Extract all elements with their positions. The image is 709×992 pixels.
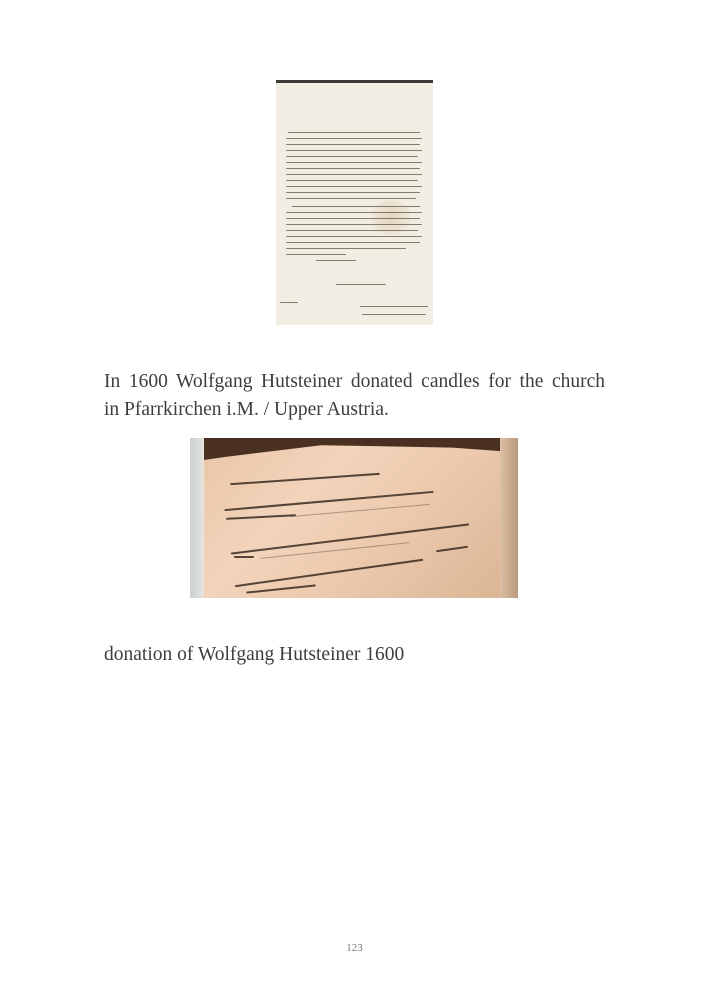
page-edges: [500, 438, 518, 598]
caption-candle-donation: In 1600 Wolfgang Hutsteiner donated cand…: [104, 368, 605, 424]
handwritten-letter-photo: [276, 80, 433, 325]
adjacent-page: [190, 438, 204, 598]
caption-donation-record: donation of Wolfgang Hutsteiner 1600: [104, 641, 404, 669]
photo-background: [190, 438, 518, 462]
caption-line-1: In 1600 Wolfgang Hutsteiner donated cand…: [104, 368, 605, 396]
page-number: 123: [0, 942, 709, 954]
church-ledger-photo: [190, 438, 518, 598]
caption-line-2: in Pfarrkirchen i.M. / Upper Austria.: [104, 399, 389, 420]
photo-edge: [276, 80, 433, 83]
